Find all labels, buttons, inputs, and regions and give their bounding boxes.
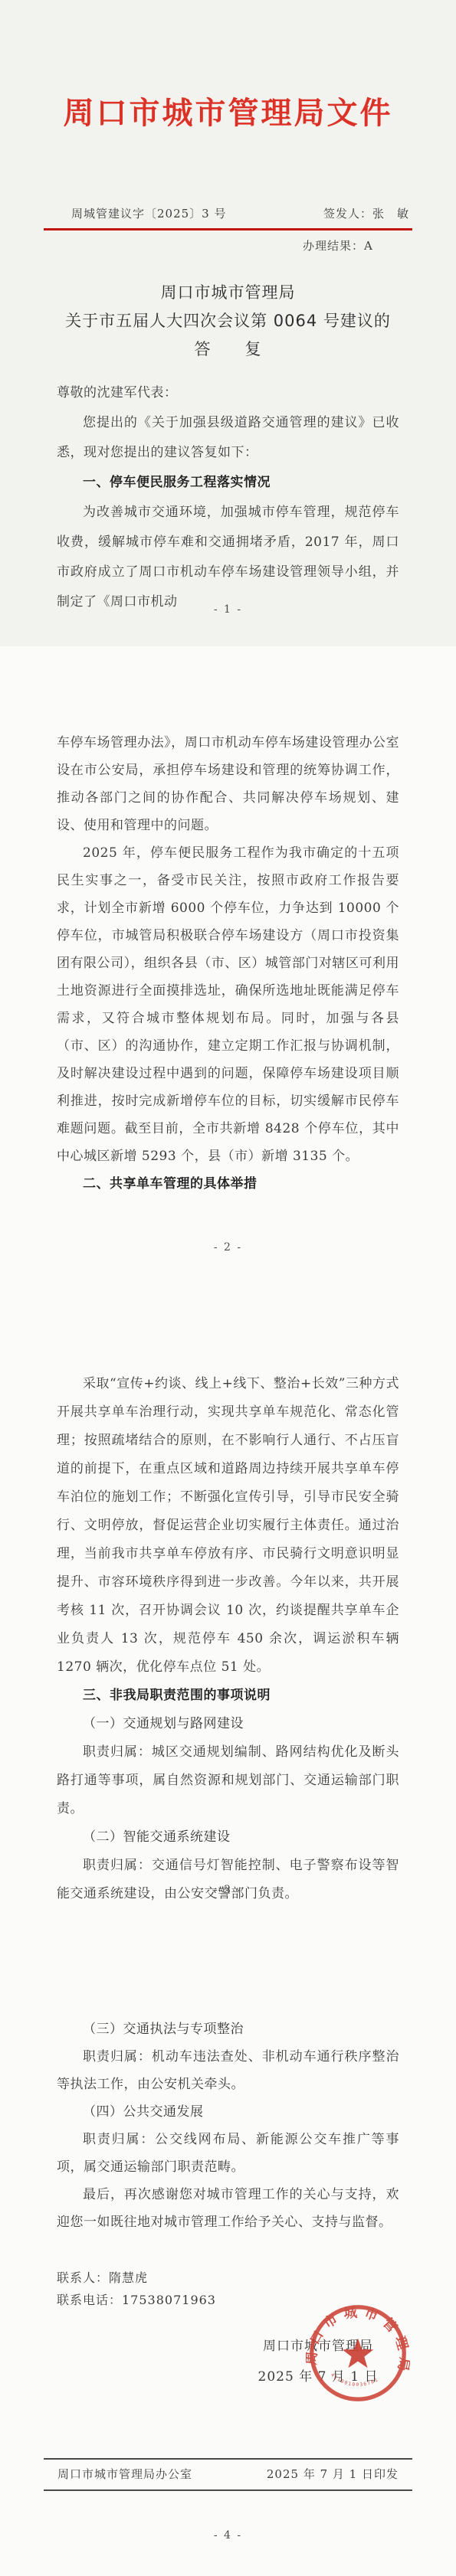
document-number: 周城管建议字〔2025〕3 号: [71, 205, 227, 221]
footer-office: 周口市城市管理局办公室: [57, 2466, 192, 2482]
official-seal-stamp: 周口市城市管理局 4119010036781: [306, 2301, 410, 2405]
footer-imprint: 周口市城市管理局办公室 2025 年 7 月 1 日印发: [44, 2458, 412, 2491]
contact-block: 联系人：隋慧虎 联系电话：17538071963: [57, 2267, 216, 2311]
issuer-label: 签发人：张 敏: [323, 205, 409, 221]
body-paragraph: 车停车场管理办法》，周口市机动车停车场建设管理办公室设在市公安局，承担停车场建设…: [57, 729, 399, 839]
document-title: 周口市城市管理局 关于市五届人大四次会议第 0064 号建议的 答 复: [31, 279, 425, 364]
body-paragraph: 职责归属：公交线网布局、新能源公交车推广等事项，属交通运输部门职责范畴。: [57, 2126, 399, 2181]
body-paragraph: 最后，再次感谢您对城市管理工作的关心与支持，欢迎您一如既往地对城市管理工作给予关…: [57, 2181, 399, 2236]
subsection-heading-2: （二）智能交通系统建设: [57, 1823, 399, 1852]
document-meta-row: 周城管建议字〔2025〕3 号 签发人：张 敏: [44, 205, 412, 230]
section-heading-3: 三、非我局职责范围的事项说明: [57, 1682, 399, 1710]
footer-print-date: 2025 年 7 月 1 日印发: [267, 2466, 399, 2482]
body-page2: 车停车场管理办法》，周口市机动车停车场建设管理办公室设在市公安局，承担停车场建设…: [57, 729, 399, 1198]
body-paragraph: 2025 年，停车便民服务工程作为我市确定的十五项民生实事之一，备受市民关注，按…: [57, 839, 399, 1170]
page-number-1: - 1 -: [0, 603, 456, 616]
body-paragraph: 为改善城市交通环境，加强城市停车管理，规范停车收费，缓解城市停车难和交通拥堵矛盾…: [57, 498, 399, 617]
salutation: 尊敬的沈建军代表：: [57, 378, 399, 408]
page-number-3: - 3 -: [0, 1884, 456, 1896]
body-paragraph: 采取“宣传+约谈、线上+线下、整治+长效”三种方式开展共享单车治理行动，实现共享…: [57, 1370, 399, 1682]
document-title-line1: 周口市城市管理局: [31, 279, 425, 307]
handling-result: 办理结果：A: [303, 237, 373, 253]
svg-text:4119010036781: 4119010036781: [330, 2372, 379, 2388]
body-paragraph: 职责归属：机动车违法查处、非机动车通行秩序整治等执法工作，由公安机关牵头。: [57, 2043, 399, 2098]
letterhead-title: 周口市城市管理局文件: [0, 89, 456, 132]
subsection-heading-1: （一）交通规划与路网建设: [57, 1710, 399, 1738]
seal-star-icon: [343, 2339, 374, 2368]
page-number-4: - 4 -: [0, 2529, 456, 2542]
document-page: 周口市城市管理局文件 周城管建议字〔2025〕3 号 签发人：张 敏 办理结果：…: [0, 0, 456, 2576]
body-page4: （三）交通执法与专项整治 职责归属：机动车违法查处、非机动车通行秩序整治等执法工…: [57, 2015, 399, 2236]
section-heading-2: 二、共享单车管理的具体举措: [57, 1170, 399, 1198]
contact-phone: 联系电话：17538071963: [57, 2289, 216, 2311]
subsection-heading-3: （三）交通执法与专项整治: [57, 2015, 399, 2043]
body-page3: 采取“宣传+约谈、线上+线下、整治+长效”三种方式开展共享单车治理行动，实现共享…: [57, 1370, 399, 1908]
body-paragraph: 您提出的《关于加强县级道路交通管理的建议》已收悉，现对您提出的建议答复如下：: [57, 408, 399, 468]
document-title-line3: 答 复: [31, 335, 425, 364]
document-title-line2: 关于市五届人大四次会议第 0064 号建议的: [31, 307, 425, 335]
contact-person: 联系人：隋慧虎: [57, 2267, 216, 2289]
body-page1: 尊敬的沈建军代表： 您提出的《关于加强县级道路交通管理的建议》已收悉，现对您提出…: [57, 378, 399, 617]
body-paragraph: 职责归属：城区交通规划编制、路网结构优化及断头路打通等事项，属自然资源和规划部门…: [57, 1738, 399, 1823]
section-heading-1: 一、停车便民服务工程落实情况: [57, 468, 399, 498]
body-paragraph: 职责归属：交通信号灯智能控制、电子警察布设等智能交通系统建设，由公安交警部门负责…: [57, 1852, 399, 1908]
page-number-2: - 2 -: [0, 1241, 456, 1254]
subsection-heading-4: （四）公共交通发展: [57, 2098, 399, 2126]
